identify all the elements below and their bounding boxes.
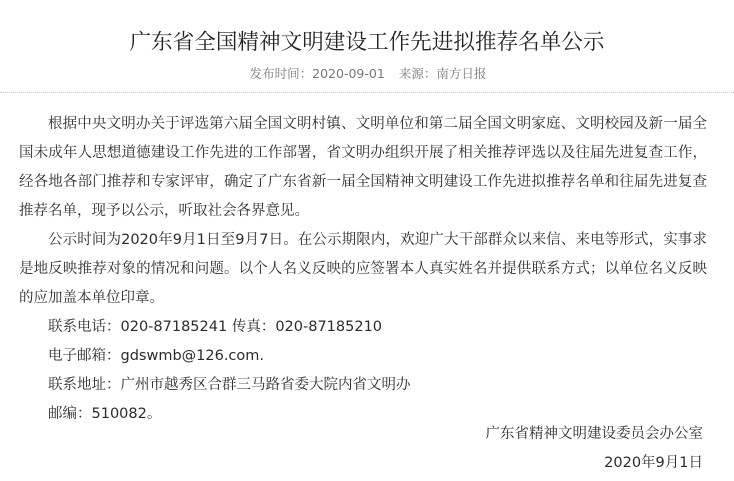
article-body: 根据中央文明办关于评选第六届全国文明村镇、文明单位和第二届全国文明家庭、文明校园… <box>19 110 707 429</box>
contact-phone-fax: 联系电话：020-87185241 传真：020-87185210 <box>19 313 707 342</box>
source-label: 来源： <box>399 66 437 81</box>
title-divider <box>0 92 734 93</box>
published-date: 2020-09-01 <box>312 66 385 81</box>
article-title: 广东省全国精神文明建设工作先进拟推荐名单公示 <box>0 28 734 58</box>
published-label: 发布时间： <box>250 66 313 81</box>
article-meta: 发布时间：2020-09-01来源：南方日报 <box>0 65 734 83</box>
source-name: 南方日报 <box>436 66 486 81</box>
paragraph-publicity-period: 公示时间为2020年9月1日至9月7日。在公示期限内，欢迎广大干部群众以来信、来… <box>19 226 707 313</box>
paragraph-announcement: 根据中央文明办关于评选第六届全国文明村镇、文明单位和第二届全国文明家庭、文明校园… <box>19 110 707 226</box>
contact-address: 联系地址：广州市越秀区合群三马路省委大院内省文明办 <box>19 371 707 400</box>
contact-email: 电子邮箱：gdswmb@126.com. <box>19 342 707 371</box>
signature-date: 2020年9月1日 <box>486 449 704 478</box>
signature-block: 广东省精神文明建设委员会办公室 2020年9月1日 <box>486 420 704 478</box>
signature-organization: 广东省精神文明建设委员会办公室 <box>486 420 704 449</box>
